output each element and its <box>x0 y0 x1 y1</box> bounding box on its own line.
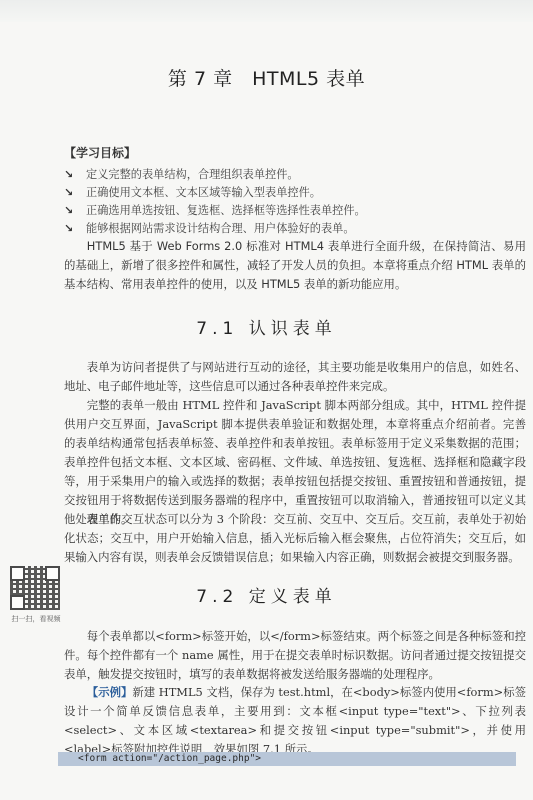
section-7-2-paragraph: 每个表单都以<form>标签开始，以</form>标签结束。两个标签之间是各种标… <box>64 627 526 684</box>
arrow-down-right-icon: ↘ <box>64 166 86 184</box>
qr-caption: 扫一扫，看视频 <box>8 614 64 624</box>
section-7-1-paragraph: 表单为访问者提供了与网站进行互动的途径，其主要功能是收集用户的信息，如姓名、地址… <box>64 358 526 396</box>
qr-finder <box>10 566 25 581</box>
learning-goals-list: ↘定义完整的表单结构，合理组织表单控件。 ↘正确使用文本框、文本区域等输入型表单… <box>64 166 524 238</box>
section-title-7-2: 7.2 定义表单 <box>0 582 533 607</box>
page-top-band <box>0 0 533 22</box>
goal-item: ↘定义完整的表单结构，合理组织表单控件。 <box>64 166 524 184</box>
goal-item: ↘正确选用单选按钮、复选框、选择框等选择性表单控件。 <box>64 202 524 220</box>
example-text: 新建 HTML5 文档，保存为 test.html，在<body>标签内使用<f… <box>64 685 526 756</box>
section-title-7-1: 7.1 认识表单 <box>0 314 533 339</box>
qr-finder <box>45 566 60 581</box>
example-paragraph: 【示例】新建 HTML5 文档，保存为 test.html，在<body>标签内… <box>64 683 526 759</box>
chapter-intro: HTML5 基于 Web Forms 2.0 标准对 HTML4 表单进行全面升… <box>64 237 526 294</box>
chapter-title: 第 7 章 HTML5 表单 <box>0 64 533 91</box>
section-7-1-paragraph: 表单的交互状态可以分为 3 个阶段：交互前、交互中、交互后。交互前，表单处于初始… <box>64 510 526 567</box>
arrow-down-right-icon: ↘ <box>64 220 86 238</box>
learning-goals-label: 【学习目标】 <box>64 144 136 161</box>
example-label: 【示例】 <box>87 685 133 699</box>
goal-item: ↘正确使用文本框、文本区域等输入型表单控件。 <box>64 184 524 202</box>
code-block: <form action="/action_page.php"> <box>58 752 516 766</box>
goal-item: ↘能够根据网站需求设计结构合理、用户体验好的表单。 <box>64 220 524 238</box>
arrow-down-right-icon: ↘ <box>64 202 86 220</box>
arrow-down-right-icon: ↘ <box>64 184 86 202</box>
